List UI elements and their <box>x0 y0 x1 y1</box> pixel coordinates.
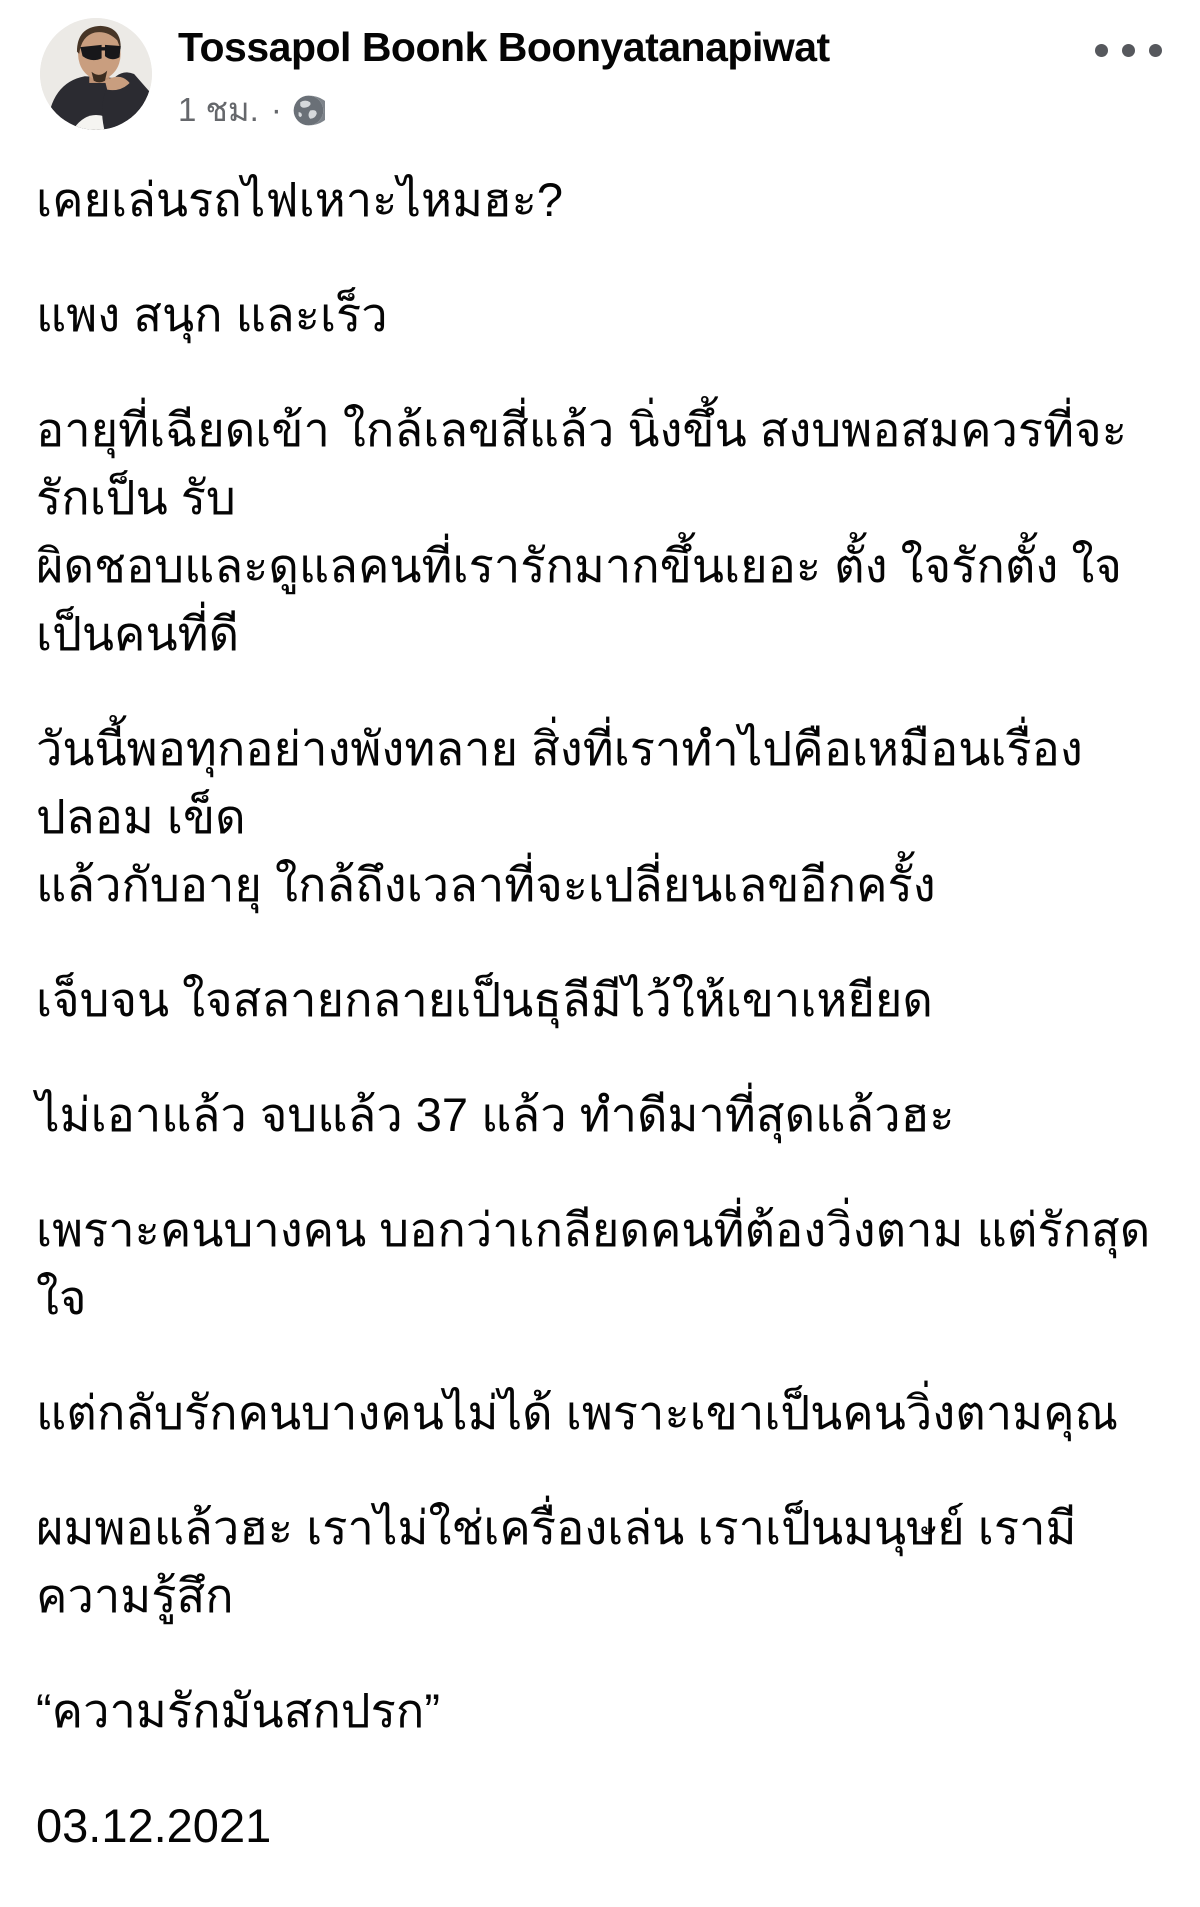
post-text-paragraph: อายุที่เฉียดเข้า ใกล้เลขสี่แล้ว นิ่งขึ้น… <box>36 396 1168 668</box>
meta-separator: · <box>271 91 282 129</box>
post-text-paragraph: เจ็บจน ใจสลายกลายเป็นธุลีมีไว้ให้เขาเหยี… <box>36 966 1168 1034</box>
post-text-line: “ความรักมันสกปรก” <box>36 1677 1168 1745</box>
post-text-line: เพราะคนบางคน บอกว่าเกลียดคนที่ต้องวิ่งตา… <box>36 1196 1168 1332</box>
post-header-info: Tossapol Boonk Boonyatanapiwat 1 ชม. · <box>178 18 1085 136</box>
post-text-paragraph: เพราะคนบางคน บอกว่าเกลียดคนที่ต้องวิ่งตา… <box>36 1196 1168 1332</box>
post-text-paragraph: แพง สนุก และเร็ว <box>36 281 1168 349</box>
post-text-paragraph: ผมพอแล้วฮะ เราไม่ใช่เครื่องเล่น เราเป็นม… <box>36 1494 1168 1630</box>
post-menu-button[interactable] <box>1085 26 1172 75</box>
globe-privacy-icon <box>292 94 325 127</box>
post-text-line: อายุที่เฉียดเข้า ใกล้เลขสี่แล้ว นิ่งขึ้น… <box>36 396 1168 532</box>
post-text-paragraph: ไม่เอาแล้ว จบแล้ว 37 แล้ว ทำดีมาที่สุดแล… <box>36 1081 1168 1149</box>
post-text-paragraph: “ความรักมันสกปรก” <box>36 1677 1168 1745</box>
post-text-line: แต่กลับรักคนบางคนไม่ได้ เพราะเขาเป็นคนวิ… <box>36 1379 1168 1447</box>
post-text-line: ไม่เอาแล้ว จบแล้ว 37 แล้ว ทำดีมาที่สุดแล… <box>36 1081 1168 1149</box>
post-date: 03.12.2021 <box>36 1792 1168 1860</box>
post-text-paragraph: เคยเล่นรถไฟเหาะไหมฮะ? <box>36 166 1168 234</box>
post-text-line: วันนี้พอทุกอย่างพังทลาย สิ่งที่เราทำไปคื… <box>36 715 1168 851</box>
post-text-line: แพง สนุก และเร็ว <box>36 281 1168 349</box>
post-text-line: เคยเล่นรถไฟเหาะไหมฮะ? <box>36 166 1168 234</box>
post-text-line: ผิดชอบและดูแลคนที่เรารักมากขึ้นเยอะ ตั้ง… <box>36 532 1168 668</box>
profile-avatar[interactable] <box>40 18 152 130</box>
author-name[interactable]: Tossapol Boonk Boonyatanapiwat <box>178 24 1085 71</box>
post-text-paragraph: แต่กลับรักคนบางคนไม่ได้ เพราะเขาเป็นคนวิ… <box>36 1379 1168 1447</box>
post-body: เคยเล่นรถไฟเหาะไหมฮะ? แพง สนุก และเร็ว อ… <box>0 136 1200 1860</box>
ellipsis-icon <box>1095 44 1108 57</box>
ellipsis-icon <box>1122 44 1135 57</box>
post-timestamp[interactable]: 1 ชม. <box>178 83 259 136</box>
post-text-line: 03.12.2021 <box>36 1792 1168 1860</box>
ellipsis-icon <box>1149 44 1162 57</box>
post-text-line: เจ็บจน ใจสลายกลายเป็นธุลีมีไว้ให้เขาเหยี… <box>36 966 1168 1034</box>
facebook-post: Tossapol Boonk Boonyatanapiwat 1 ชม. · <box>0 0 1200 1860</box>
post-meta: 1 ชม. · <box>178 83 1085 136</box>
post-text-line: แล้วกับอายุ ใกล้ถึงเวลาที่จะเปลี่ยนเลขอี… <box>36 851 1168 919</box>
avatar-photo <box>40 18 152 130</box>
post-text-paragraph: วันนี้พอทุกอย่างพังทลาย สิ่งที่เราทำไปคื… <box>36 715 1168 919</box>
post-text-line: ผมพอแล้วฮะ เราไม่ใช่เครื่องเล่น เราเป็นม… <box>36 1494 1168 1630</box>
post-header: Tossapol Boonk Boonyatanapiwat 1 ชม. · <box>0 0 1200 136</box>
